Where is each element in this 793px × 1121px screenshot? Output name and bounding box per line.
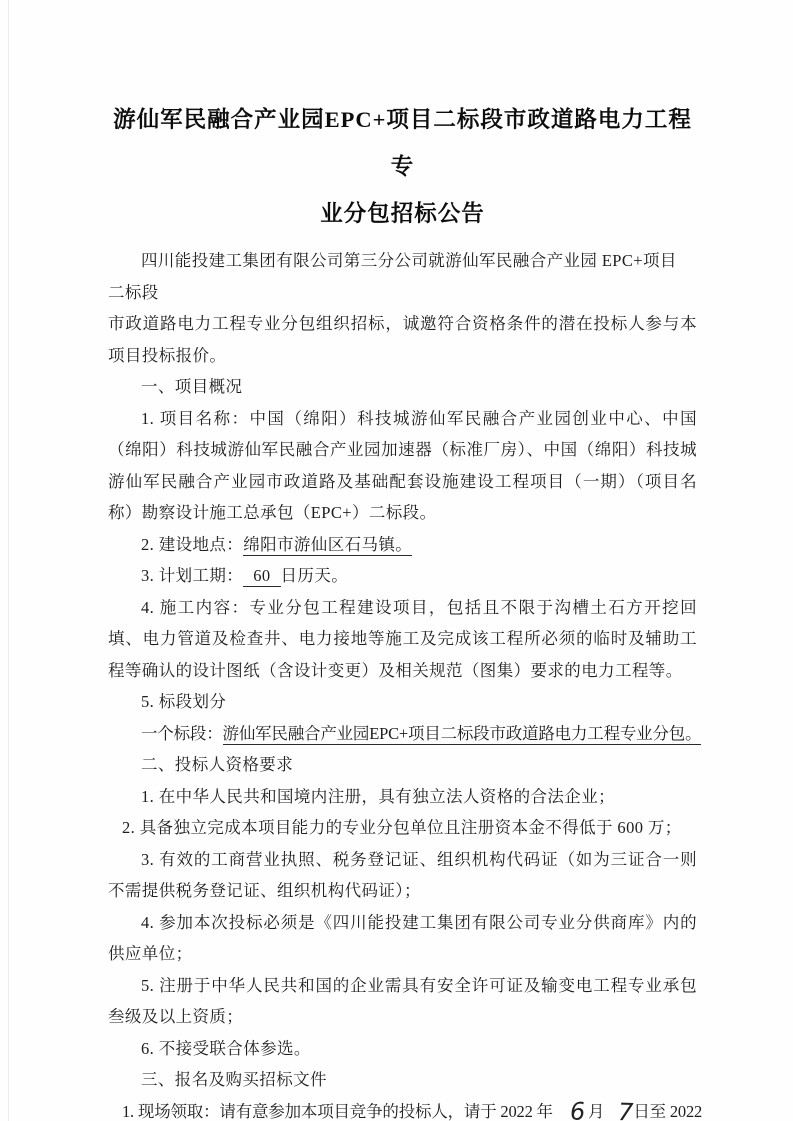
intro-line-1: 四川能投建工集团有限公司第三分公司就游仙军民融合产业园 EPC+项目	[108, 245, 697, 277]
location-value-underlined: 绵阳市游仙区石马镇。	[243, 535, 412, 556]
section1-item-duration: 3. 计划工期：60日历天。	[108, 560, 697, 592]
lot-label: 一个标段：	[141, 724, 223, 743]
location-label: 2. 建设地点：	[141, 535, 243, 554]
month-character: 月	[588, 1102, 604, 1121]
document-title-line-1: 游仙军民融合产业园EPC+项目二标段市政道路电力工程专	[113, 107, 692, 179]
scanned-document-page: 游仙军民融合产业园EPC+项目二标段市政道路电力工程专 业分包招标公告 四川能投…	[0, 0, 793, 1121]
section2-heading: 二、投标人资格要求	[108, 749, 697, 781]
section1-item-lot-division: 5. 标段划分	[108, 686, 697, 718]
section3-item-onsite-pickup: 1. 现场领取：请有意参加本项目竞争的投标人，请于 2022 年6月7日至 20…	[108, 1096, 697, 1121]
duration-suffix: 日历天。	[281, 566, 349, 585]
intro-line-2: 二标段	[108, 277, 697, 309]
pickup-text: 1. 现场领取：请有意参加本项目竞争的投标人，请于 2022 年	[122, 1102, 553, 1121]
pickup-text-suffix: 日至 2022	[633, 1102, 702, 1121]
section2-item-2: 2. 具备独立完成本项目能力的专业分包单位且注册资本金不得低于 600 万；	[108, 812, 697, 844]
section1-item-project-name: 1. 项目名称：中国（绵阳）科技城游仙军民融合产业园创业中心、中国（绵阳）科技城…	[108, 403, 697, 529]
section1-item-scope: 4. 施工内容：专业分包工程建设项目，包括且不限于沟槽土石方开挖回填、电力管道及…	[108, 592, 697, 687]
handwritten-day-digit: 7	[604, 1102, 634, 1121]
document-title-line-2: 业分包招标公告	[320, 201, 485, 226]
scan-edge-artifact	[8, 0, 9, 1121]
intro-line-3: 市政道路电力工程专业分包组织招标，诚邀符合资格条件的潜在投标人参与本项目投标报价…	[108, 308, 697, 371]
duration-value-underlined: 60	[243, 566, 280, 587]
section2-item-5: 5. 注册于中华人民共和国的企业需具有安全许可证及输变电工程专业承包叁级及以上资…	[108, 970, 697, 1033]
handwritten-month-digit: 6	[552, 1102, 588, 1121]
section1-heading: 一、项目概况	[108, 371, 697, 403]
section2-item-4: 4. 参加本次投标必须是《四川能投建工集团有限公司专业分供商库》内的供应单位；	[108, 907, 697, 970]
section2-item-6: 6. 不接受联合体参选。	[108, 1033, 697, 1065]
section2-item-3: 3. 有效的工商营业执照、税务登记证、组织机构代码证（如为三证合一则不需提供税务…	[108, 844, 697, 907]
section2-item-1: 1. 在中华人民共和国境内注册，具有独立法人资格的合法企业；	[108, 781, 697, 813]
section3-heading: 三、报名及购买招标文件	[108, 1064, 697, 1096]
duration-label: 3. 计划工期：	[141, 566, 243, 585]
lot-value-underlined: 游仙军民融合产业园EPC+项目二标段市政道路电力工程专业分包。	[223, 724, 702, 745]
section1-lot-line: 一个标段：游仙军民融合产业园EPC+项目二标段市政道路电力工程专业分包。	[108, 718, 697, 750]
document-title: 游仙军民融合产业园EPC+项目二标段市政道路电力工程专 业分包招标公告	[108, 96, 697, 237]
section1-item-location: 2. 建设地点：绵阳市游仙区石马镇。	[108, 529, 697, 561]
